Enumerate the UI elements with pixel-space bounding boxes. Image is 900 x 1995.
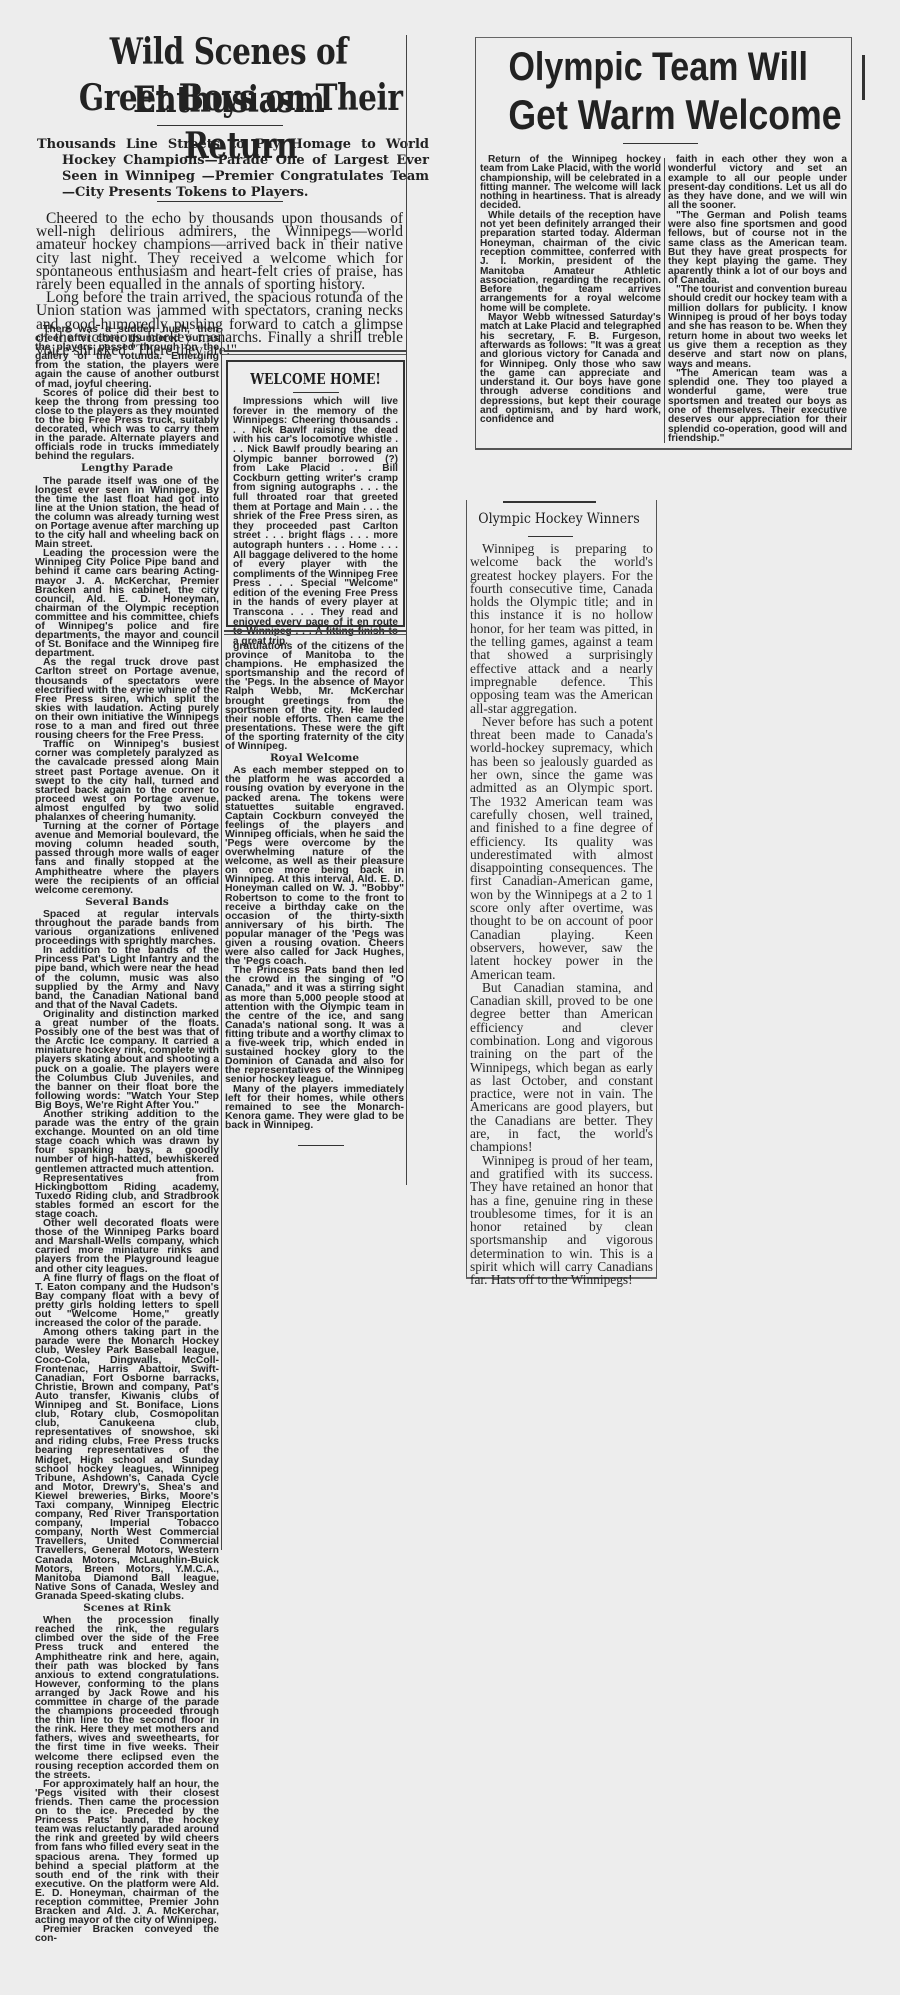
- welcome-home-box: WELCOME HOME! Impressions which will liv…: [226, 360, 405, 627]
- article-column-1: There was a sudden hush, then cheer afte…: [35, 325, 219, 1944]
- paragraph: But Canadian stamina, and Canadian skill…: [470, 981, 653, 1154]
- editorial-title-rule: [528, 536, 573, 537]
- paragraph: Never before has such a potent threat be…: [470, 715, 653, 981]
- olympic-column-divider: [664, 158, 665, 443]
- paragraph: Other well decorated floats were those o…: [35, 1219, 219, 1274]
- subheading: Royal Welcome: [225, 751, 404, 766]
- paragraph: Winnipeg is preparing to welcome back th…: [470, 542, 653, 715]
- paragraph: Scores of police did their best to keep …: [35, 389, 219, 462]
- paragraph: Another striking addition to the parade …: [35, 1110, 219, 1174]
- paragraph: Winnipeg is proud of her team, and grati…: [470, 1154, 653, 1287]
- paragraph: Premier Bracken conveyed the con-: [35, 1925, 219, 1943]
- box-bottom-rule: [224, 630, 406, 635]
- side-rule-mark: [862, 55, 865, 100]
- paragraph: Cheered to the echo by thousands upon th…: [36, 212, 403, 291]
- paragraph: For approximately half an hour, the 'Peg…: [35, 1780, 219, 1926]
- paragraph: Traffic on Winnipeg's busiest corner was…: [35, 740, 219, 822]
- article-deck: Thousands Line Streets to Pay Homage to …: [37, 137, 429, 201]
- olympic-headline-rule: [623, 143, 698, 144]
- deck-rule: [157, 201, 283, 202]
- paragraph: Many of the players immediately left for…: [225, 1085, 404, 1130]
- paragraph: In addition to the bands of the Princess…: [35, 946, 219, 1010]
- paragraph: As each member stepped on to the platfor…: [225, 766, 404, 966]
- welcome-home-title: WELCOME HOME!: [241, 371, 390, 388]
- olympic-headline-line-2: Get Warm Welcome: [505, 92, 845, 137]
- paragraph: Spaced at regular intervals throughout t…: [35, 910, 219, 946]
- subheading: Scenes at Rink: [35, 1601, 219, 1616]
- paragraph: "The American team was a splendid one. T…: [668, 369, 847, 443]
- paragraph: While details of the reception have not …: [480, 211, 661, 313]
- welcome-title-rule: [293, 392, 339, 393]
- paragraph: There was a sudden hush, then cheer afte…: [35, 325, 219, 389]
- editorial-body: Winnipeg is preparing to welcome back th…: [470, 542, 653, 1287]
- box-top-rule: [224, 350, 406, 355]
- olympic-headline-line-1: Olympic Team Will: [478, 45, 838, 90]
- subheading: Several Bands: [35, 895, 219, 910]
- paragraph: Mayor Webb witnessed Saturday's match at…: [480, 313, 661, 425]
- editorial-top-rule: [503, 501, 596, 503]
- paragraph: The Princess Pats band then led the crow…: [225, 966, 404, 1084]
- paragraph: Representatives from Hickingbottom Ridin…: [35, 1174, 219, 1219]
- paragraph: faith in each other they won a wonderful…: [668, 155, 847, 211]
- paragraph: "The German and Polish teams were also f…: [668, 211, 847, 285]
- paragraph: As the regal truck drove past Carlton st…: [35, 658, 219, 740]
- paragraph: A fine flurry of flags on the float of T…: [35, 1274, 219, 1329]
- paragraph: Turning at the corner of Portage avenue …: [35, 822, 219, 895]
- column-divider-main: [406, 35, 407, 1185]
- paragraph: Originality and distinction marked a gre…: [35, 1010, 219, 1110]
- paragraph: gratulations of the citizens of the prov…: [225, 642, 404, 751]
- paragraph: Return of the Winnipeg hockey team from …: [480, 155, 661, 211]
- olympic-column-b: faith in each other they won a wonderful…: [668, 155, 847, 443]
- column-divider-left: [221, 330, 222, 1550]
- subheading: Lengthy Parade: [35, 461, 219, 476]
- paragraph: "The tourist and convention bureau shoul…: [668, 285, 847, 369]
- paragraph: When the procession finally reached the …: [35, 1616, 219, 1780]
- welcome-home-text: Impressions which will live forever in t…: [228, 397, 403, 646]
- headline-rule: [157, 125, 283, 126]
- paragraph: The parade itself was one of the longest…: [35, 477, 219, 550]
- article-end-rule: [298, 1145, 344, 1146]
- paragraph: Among others taking part in the parade w…: [35, 1328, 219, 1601]
- paragraph: Leading the procession were the Winnipeg…: [35, 549, 219, 658]
- olympic-column-a: Return of the Winnipeg hockey team from …: [480, 155, 661, 425]
- article-column-2: gratulations of the citizens of the prov…: [225, 642, 404, 1130]
- editorial-title: Olympic Hockey Winners: [474, 511, 645, 527]
